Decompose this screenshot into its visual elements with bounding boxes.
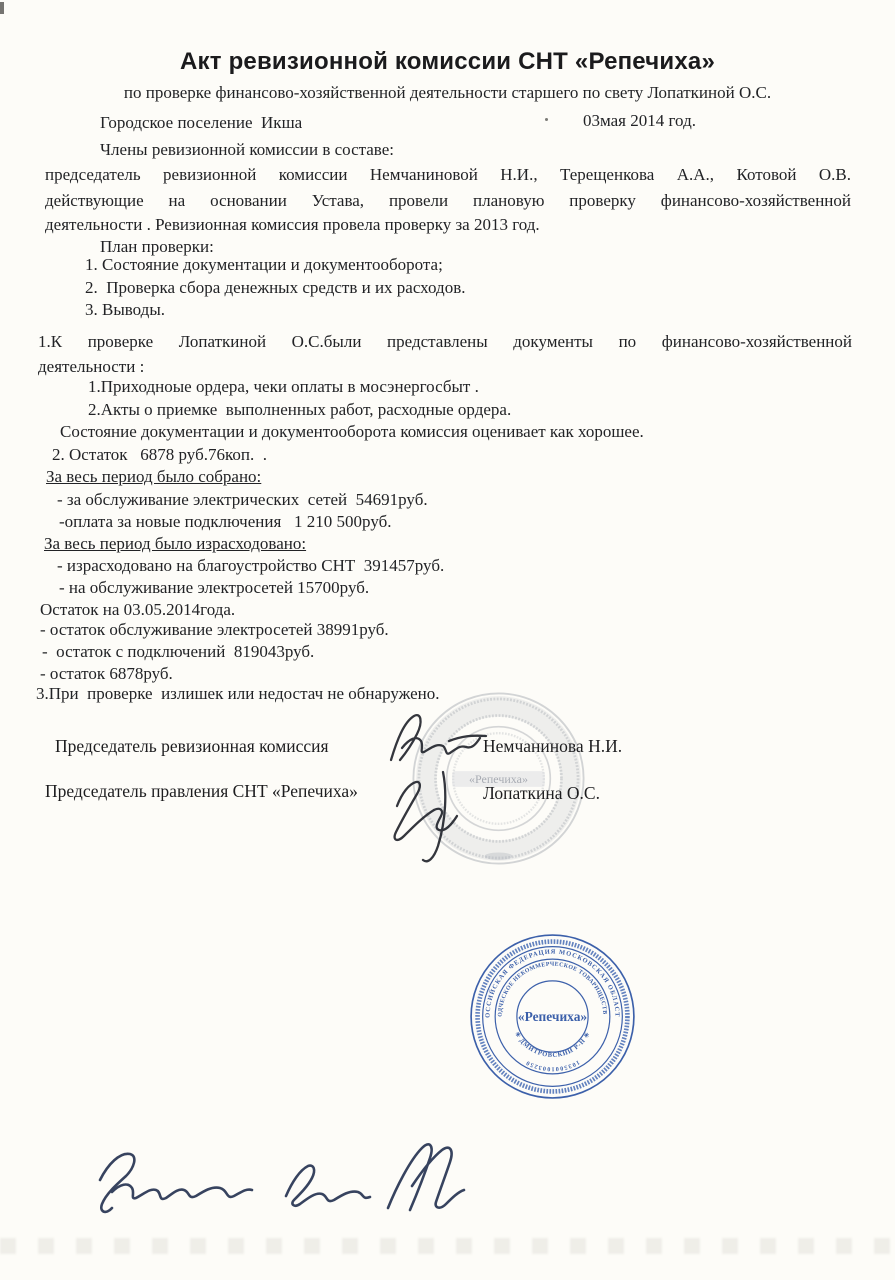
members-paragraph-line: деятельности . Ревизионная комиссия пров… [45, 214, 540, 235]
inspection-paragraph-line: 1.К проверке Лопаткиной О.С.были предста… [38, 331, 852, 352]
stamp-center-label: «Репечиха» [518, 1009, 588, 1024]
collected-item: -оплата за новые подключения 1 210 500ру… [59, 511, 392, 532]
spent-item: - на обслуживание электросетей 15700руб. [59, 577, 369, 598]
inspection-doc-item: 1.Приходноые ордера, чеки оплаты в мосэн… [88, 376, 479, 397]
final-balance-item: - остаток обслуживание электросетей 3899… [40, 619, 389, 640]
final-balance-item: - остаток с подключений 819043руб. [42, 641, 314, 662]
place-line: Городское поселение Икша [100, 112, 302, 133]
signature-ink [370, 700, 630, 875]
scan-artifact-bottom [0, 1238, 895, 1254]
round-seal-stamp: РОССИЙСКАЯ ФЕДЕРАЦИЯ МОСКОВСКАЯ ОБЛАСТЬ … [460, 924, 645, 1109]
collected-heading: За весь период было собрано: [46, 466, 261, 487]
svg-text:✳ ДМИТРОВСКИЙ Р-Н ✳: ✳ ДМИТРОВСКИЙ Р-Н ✳ [513, 1031, 592, 1059]
handwritten-note [85, 1135, 485, 1245]
date-line: 03мая 2014 год. [583, 110, 696, 131]
final-balance-heading: Остаток на 03.05.2014года. [40, 599, 235, 620]
page-subtitle: по проверке финансово-хозяйственной деят… [0, 83, 895, 103]
inspection-doc-item: 2.Акты о приемке выполненных работ, расх… [88, 399, 511, 420]
plan-item: 1. Состояние документации и документообо… [85, 254, 443, 275]
svg-text:1035001003250: 1035001003250 [525, 1059, 581, 1072]
document-page: Акт ревизионной комиссии СНТ «Репечиха» … [0, 0, 895, 1280]
docs-assessment: Состояние документации и документооборот… [60, 421, 644, 442]
plan-item: 2. Проверка сбора денежных средств и их … [85, 277, 465, 298]
collected-item: - за обслуживание электрических сетей 54… [57, 489, 428, 510]
balance-line: 2. Остаток 6878 руб.76коп. . [52, 444, 267, 465]
signature-role: Председатель правления СНТ «Репечиха» [45, 781, 358, 802]
spent-item: - израсходовано на благоустройство СНТ 3… [57, 555, 444, 576]
page-title: Акт ревизионной комиссии СНТ «Репечиха» [0, 48, 895, 76]
members-paragraph-line: действующие на основании Устава, провели… [45, 190, 851, 211]
members-paragraph-line: председатель ревизионной комиссии Немчан… [45, 164, 851, 185]
spent-heading: За весь период было израсходовано: [44, 533, 306, 554]
plan-item: 3. Выводы. [85, 299, 165, 320]
members-intro: Члены ревизионной комиссии в составе: [100, 139, 394, 160]
final-balance-item: - остаток 6878руб. [40, 663, 173, 684]
scan-artifact-top [0, 2, 4, 14]
inspection-paragraph-line: деятельности : [38, 356, 144, 377]
stamp-district-text: ✳ ДМИТРОВСКИЙ Р-Н ✳ [513, 1031, 592, 1059]
scan-artifact-dot [545, 118, 548, 121]
signature-role: Председатель ревизионная комиссия [55, 736, 329, 757]
stamp-ogrn-number: 1035001003250 [525, 1059, 581, 1072]
